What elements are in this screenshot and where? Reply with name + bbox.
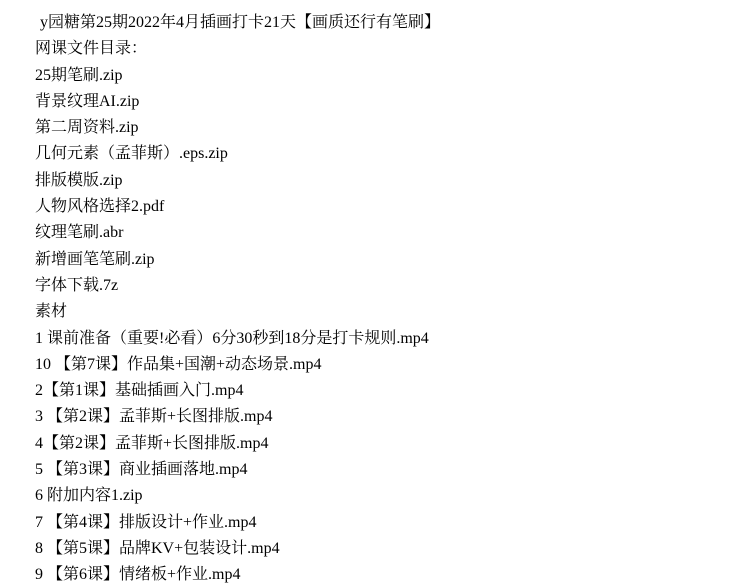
- file-entry: 人物风格选择2.pdf: [35, 194, 740, 220]
- file-entry: 几何元素（孟菲斯）.eps.zip: [35, 141, 740, 167]
- file-entry: 第二周资料.zip: [35, 115, 740, 141]
- file-entry: 9 【第6课】情绪板+作业.mp4: [35, 562, 740, 588]
- file-entry: 纹理笔刷.abr: [35, 220, 740, 246]
- file-entry: 7 【第4课】排版设计+作业.mp4: [35, 510, 740, 536]
- file-entry: 8 【第5课】品牌KV+包装设计.mp4: [35, 536, 740, 562]
- file-entry: 4【第2课】孟菲斯+长图排版.mp4: [35, 431, 740, 457]
- file-entry: 1 课前准备（重要!必看）6分30秒到18分是打卡规则.mp4: [35, 326, 740, 352]
- file-entry: 25期笔刷.zip: [35, 63, 740, 89]
- file-entry: 背景纹理AI.zip: [35, 89, 740, 115]
- file-entry: 10 【第7课】作品集+国潮+动态场景.mp4: [35, 352, 740, 378]
- file-entry: 字体下载.7z: [35, 273, 740, 299]
- file-entry: 6 附加内容1.zip: [35, 483, 740, 509]
- directory-label: 网课文件目录：: [35, 36, 740, 62]
- file-entry: 新增画笔笔刷.zip: [35, 247, 740, 273]
- document-title: y园糖第25期2022年4月插画打卡21天【画质还行有笔刷】: [35, 10, 740, 36]
- file-directory-document: y园糖第25期2022年4月插画打卡21天【画质还行有笔刷】 网课文件目录： 2…: [0, 0, 750, 588]
- file-entry: 5 【第3课】商业插画落地.mp4: [35, 457, 740, 483]
- file-entry: 素材: [35, 299, 740, 325]
- file-entry: 3 【第2课】孟菲斯+长图排版.mp4: [35, 404, 740, 430]
- file-entry: 2【第1课】基础插画入门.mp4: [35, 378, 740, 404]
- file-entry: 排版模版.zip: [35, 168, 740, 194]
